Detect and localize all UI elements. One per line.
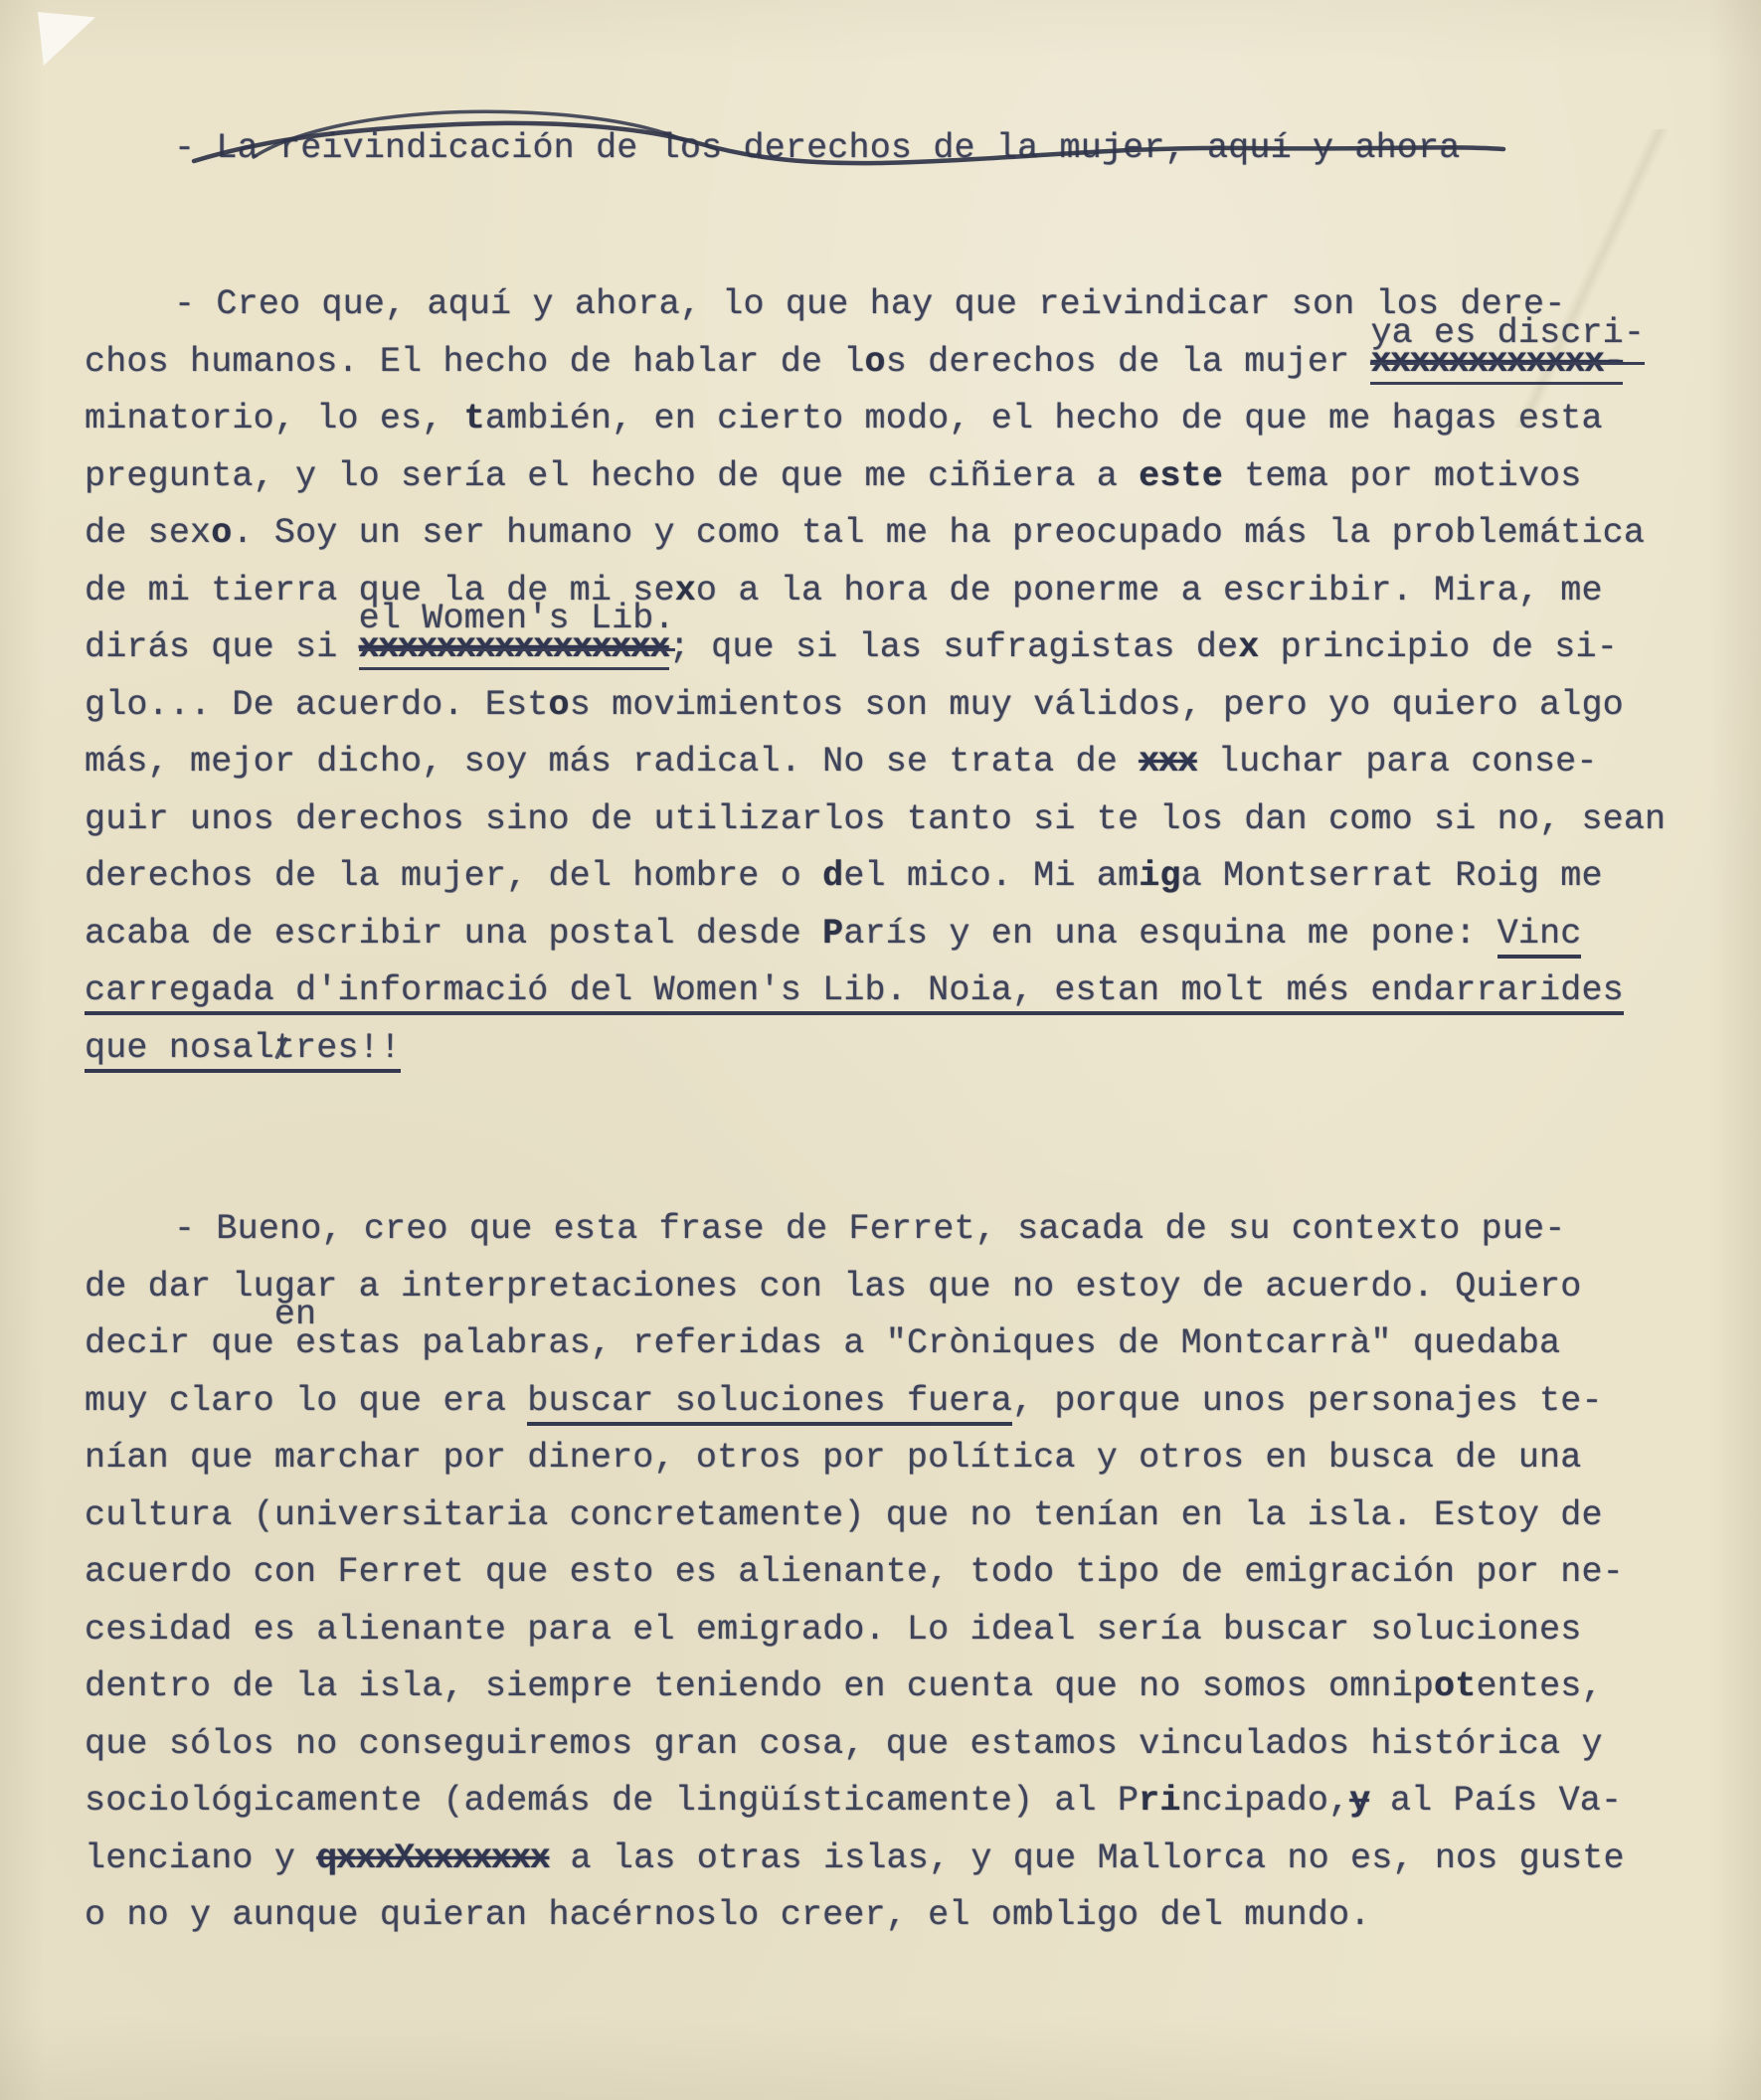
text-segment: al País Va- xyxy=(1369,1781,1622,1821)
typed-over-deletion: qxxxXxxxxxxx xyxy=(316,1838,549,1878)
question-paragraph: - Bueno, creo que esta frase de Ferret, … xyxy=(85,1201,1731,1945)
text-segment: a Montserrat Roig me xyxy=(1181,856,1603,896)
answer-paragraph: - Creo que, aquí y ahora, lo que hay que… xyxy=(85,276,1731,1077)
text-segment: s derechos de la mujer xyxy=(886,342,1371,382)
typescript-line: o no y aunque quieran hacérnoslo creer, … xyxy=(85,1887,1731,1945)
text-segment: dirás que si xyxy=(85,627,359,667)
text-segment: o a la hora de ponerme a escribir. Mira,… xyxy=(696,571,1603,611)
typescript-line: de mi tierra que la de mi sexo a la hora… xyxy=(85,563,1731,620)
text-segment: tema por motivos xyxy=(1223,456,1581,496)
overtyped-text: o xyxy=(548,685,569,725)
overtyped-text: x xyxy=(1238,627,1259,667)
overtyped-text: t xyxy=(464,399,485,438)
typescript-line: que nosaltres!! xyxy=(85,1020,1731,1078)
typescript-line: derechos de la mujer, del hombre o del m… xyxy=(85,848,1731,906)
typescript-line: cesidad es alienante para el emigrado. L… xyxy=(85,1602,1731,1660)
typescript-line: de sexo. Soy un ser humano y como tal me… xyxy=(85,505,1731,563)
text-segment: entes, xyxy=(1476,1666,1602,1706)
typescript-line: dentro de la isla, siempre teniendo en c… xyxy=(85,1659,1731,1716)
typescript-line: acuerdo con Ferret que esto es alienante… xyxy=(85,1544,1731,1602)
typed-insertion-text: en xyxy=(274,1287,316,1344)
typescript-line: guir unos derechos sino de utilizarlos t… xyxy=(85,791,1731,849)
typed-over-deletion: xxx xyxy=(1139,742,1197,782)
text-segment: chos humanos. El hecho de hablar de l xyxy=(85,342,865,382)
overtyped-text: ri xyxy=(1139,1781,1180,1821)
text-segment: más, mejor dicho, soy más radical. No se… xyxy=(85,742,1139,782)
text-segment: arís y en una esquina me pone: xyxy=(843,914,1497,954)
overtyped-text: o xyxy=(211,513,232,553)
typescript-line: que sólos no conseguiremos gran cosa, qu… xyxy=(85,1716,1731,1774)
text-segment: de sex xyxy=(85,513,211,553)
typed-insertion-text: el Women's Lib. xyxy=(359,591,675,651)
pen-strike-line xyxy=(139,99,1551,194)
text-segment: acaba de escribir una postal desde xyxy=(85,914,822,954)
text-segment: dentro de la isla, siempre teniendo en c… xyxy=(85,1666,1434,1706)
typescript-line: sociológicamente (además de lingüísticam… xyxy=(85,1773,1731,1831)
typescript-line: - Bueno, creo que esta frase de Ferret, … xyxy=(85,1201,1731,1259)
text-segment: . Soy un ser humano y como tal me ha pre… xyxy=(232,513,1645,553)
text-segment: muy claro lo que era xyxy=(85,1381,527,1421)
text-segment: guir unos derechos sino de utilizarlos t… xyxy=(85,799,1666,839)
text-segment: - Creo que, aquí y ahora, lo que hay que… xyxy=(174,284,1565,324)
overtyped-text: ot xyxy=(1434,1666,1476,1706)
text-segment: , porque unos personajes te- xyxy=(1012,1381,1603,1421)
underlined-text: que nosaltres!! xyxy=(85,1028,401,1073)
typescript-page: - La reivindicación de los derechos de l… xyxy=(0,0,1761,2100)
text-segment: cultura (universitaria concretamente) qu… xyxy=(85,1495,1603,1535)
typescript-line: decir queen estas palabras, referidas a … xyxy=(85,1315,1731,1373)
typescript-line: acaba de escribir una postal desde París… xyxy=(85,906,1731,963)
typescript-line: chos humanos. El hecho de hablar de los … xyxy=(85,334,1731,392)
typescript-line: dirás que si el Women's Lib.xxxxxxxxxxxx… xyxy=(85,619,1731,677)
text-segment: lenciano y xyxy=(85,1838,316,1878)
text-segment: nían que marchar por dinero, otros por p… xyxy=(85,1438,1581,1478)
overtyped-text: o xyxy=(865,342,886,382)
text-segment: luchar para conse- xyxy=(1197,742,1598,782)
text-segment: cesidad es alienante para el emigrado. L… xyxy=(85,1610,1581,1650)
text-segment: sociológicamente (además de lingüísticam… xyxy=(85,1781,1139,1821)
typescript-line: de dar lugar a interpretaciones con las … xyxy=(85,1259,1731,1316)
text-segment: glo... De acuerdo. Est xyxy=(85,685,548,725)
typed-over-deletion: y xyxy=(1349,1781,1369,1821)
text-segment: acuerdo con Ferret que esto es alienante… xyxy=(85,1552,1624,1592)
overtyped-text: P xyxy=(822,914,843,954)
text-segment: ambién, en cierto modo, el hecho de que … xyxy=(485,399,1603,438)
text-segment: principio de si- xyxy=(1259,627,1617,667)
typescript-line: nían que marchar por dinero, otros por p… xyxy=(85,1430,1731,1487)
text-segment: minatorio, lo es, xyxy=(85,399,464,438)
text-segment: el mico. Mi am xyxy=(843,856,1139,896)
text-segment: derechos de la mujer, del hombre o xyxy=(85,856,822,896)
text-segment: que sólos no conseguiremos gran cosa, qu… xyxy=(85,1724,1603,1764)
typescript-line: minatorio, lo es, también, en cierto mod… xyxy=(85,391,1731,448)
overtyped-text: x xyxy=(675,571,696,611)
overtyped-text: este xyxy=(1139,456,1223,496)
text-segment: o no y aunque quieran hacérnoslo creer, … xyxy=(85,1895,1370,1935)
scan-corner-artifact xyxy=(38,12,95,66)
typescript-line: cultura (universitaria concretamente) qu… xyxy=(85,1487,1731,1545)
text-segment: s movimientos son muy válidos, pero yo q… xyxy=(570,685,1624,725)
text-segment: pregunta, y lo sería el hecho de que me … xyxy=(85,456,1139,496)
typescript-line: glo... De acuerdo. Estos movimientos son… xyxy=(85,677,1731,735)
typescript-line: lenciano y qxxxXxxxxxxx a las otras isla… xyxy=(85,1831,1731,1888)
text-segment: estas palabras, referidas a "Cròniques d… xyxy=(274,1323,1560,1363)
overtyped-text: ig xyxy=(1139,856,1180,896)
text-segment: ; que si las sufragistas de xyxy=(669,627,1239,667)
typescript-line: carregada d'informació del Women's Lib. … xyxy=(85,962,1731,1020)
underlined-text: buscar soluciones fuera xyxy=(527,1381,1012,1426)
overtyped-text: d xyxy=(822,856,843,896)
text-segment: - Bueno, creo que esta frase de Ferret, … xyxy=(174,1209,1565,1249)
underlined-text: carregada d'informació del Women's Lib. … xyxy=(85,970,1624,1015)
underlined-text: Vinc xyxy=(1497,914,1582,959)
typed-insertion-text: ya es discri- xyxy=(1370,305,1645,366)
typescript-line: muy claro lo que era buscar soluciones f… xyxy=(85,1373,1731,1431)
typescript-line: pregunta, y lo sería el hecho de que me … xyxy=(85,448,1731,506)
text-segment: decir que xyxy=(85,1323,274,1363)
text-segment: ncipado, xyxy=(1181,1781,1350,1821)
text-segment: a las otras islas, y que Mallorca no es,… xyxy=(549,1838,1624,1878)
typescript-line: más, mejor dicho, soy más radical. No se… xyxy=(85,734,1731,791)
